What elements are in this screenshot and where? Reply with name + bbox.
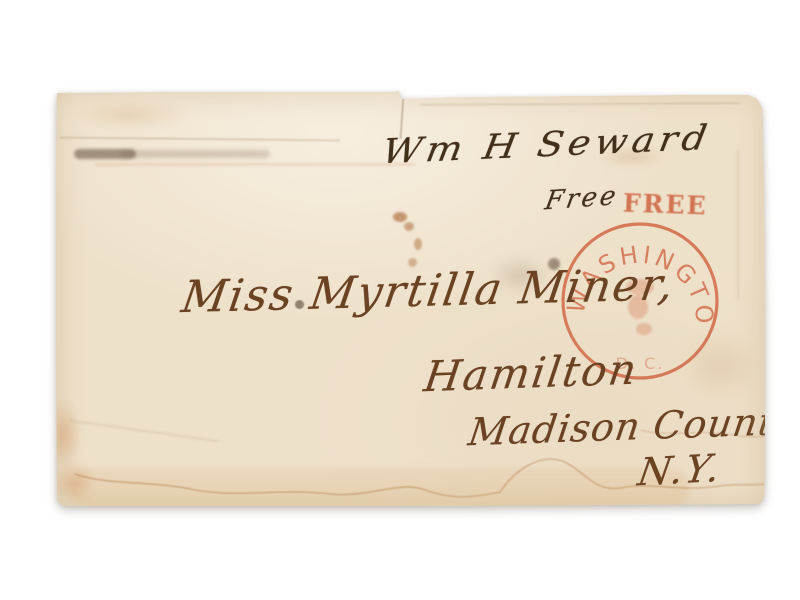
address-line-town: Hamilton [421, 345, 641, 402]
photo-backdrop: WASHINGTON D. C. FREE Wm H Seward Free M… [0, 0, 800, 600]
free-handstamp: FREE [623, 189, 709, 221]
address-line-state: N.Y. [635, 446, 725, 495]
envelope: WASHINGTON D. C. FREE Wm H Seward Free M… [0, 0, 800, 600]
envelope-shadow: WASHINGTON D. C. FREE Wm H Seward Free M… [0, 0, 800, 600]
frank-notation: Free [543, 181, 621, 217]
